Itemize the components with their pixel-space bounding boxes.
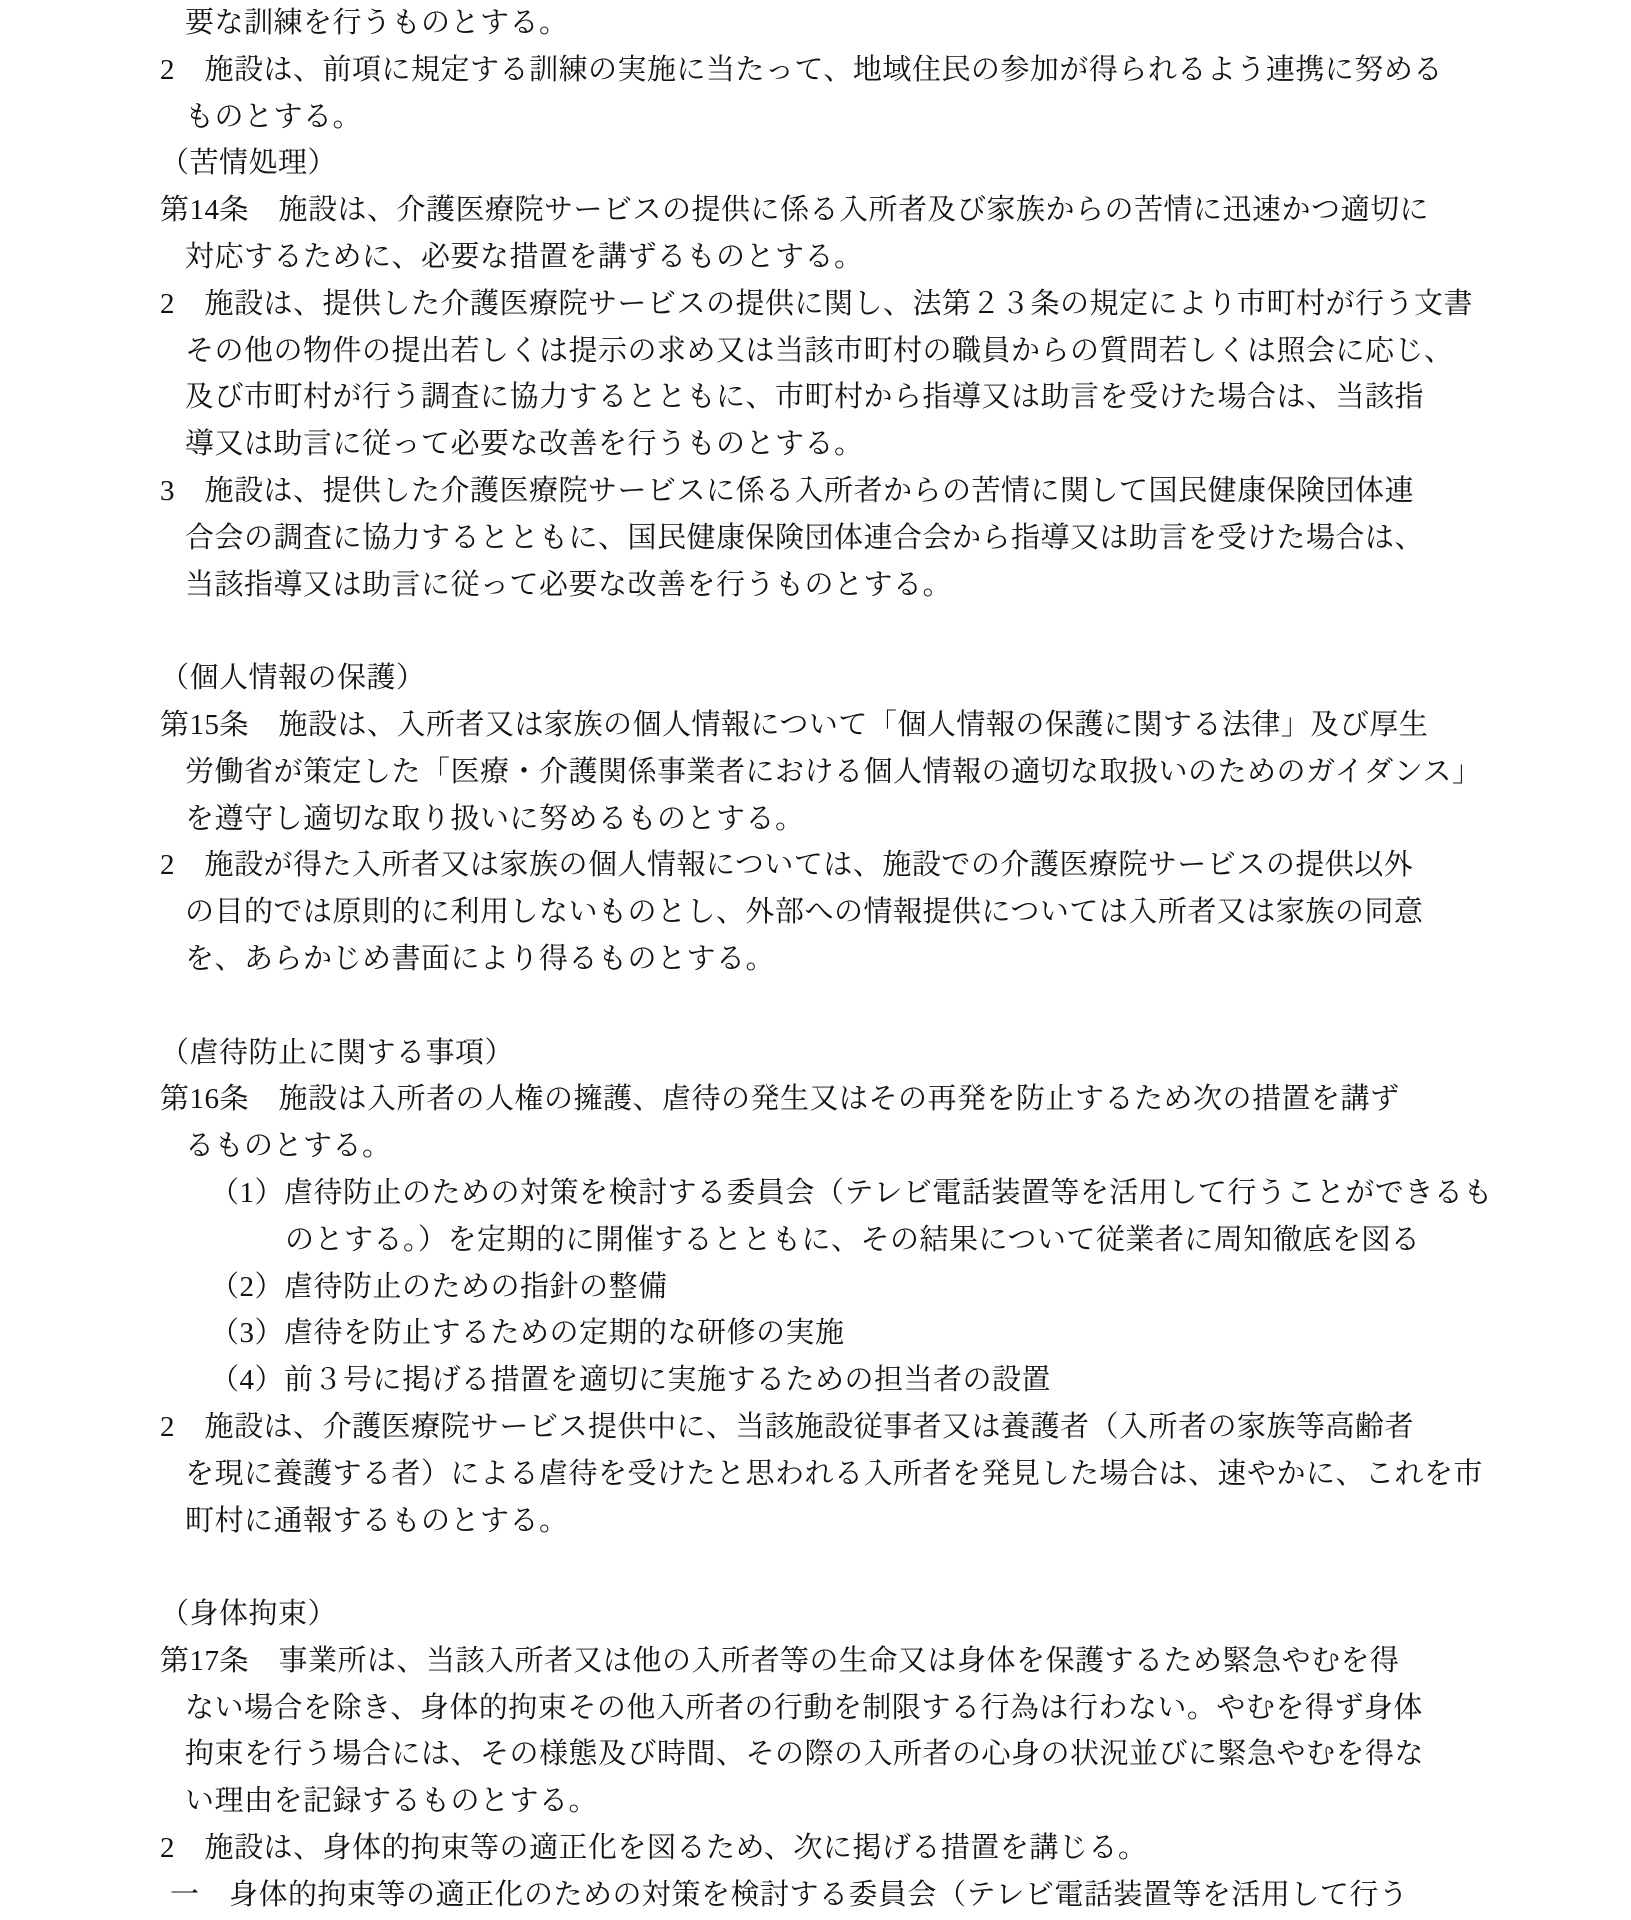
blank-line [0, 983, 1631, 1030]
paragraph-line: ない場合を除き、身体的拘束その他入所者の行動を制限する行為は行わない。やむを得ず… [0, 1685, 1631, 1732]
paragraph-line: の目的では原則的に利用しないものとし、外部への情報提供については入所者又は家族の… [0, 889, 1631, 936]
paragraph-line: るものとする。 [0, 1123, 1631, 1170]
paragraph-line: ものとする。 [0, 94, 1631, 141]
paragraph-line: 対応するために、必要な措置を講ずるものとする。 [0, 234, 1631, 281]
article-first-line: 第15条 施設は、入所者又は家族の個人情報について「個人情報の保護に関する法律」… [0, 702, 1631, 749]
paragraph-line: を、あらかじめ書面により得るものとする。 [0, 936, 1631, 983]
paragraph-line: 合会の調査に協力するとともに、国民健康保険団体連合会から指導又は助言を受けた場合… [0, 515, 1631, 562]
paragraph-line: 当該指導又は助言に従って必要な改善を行うものとする。 [0, 562, 1631, 609]
section-heading: （苦情処理） [0, 140, 1631, 187]
paragraph-line: を現に養護する者）による虐待を受けたと思われる入所者を発見した場合は、速やかに、… [0, 1451, 1631, 1498]
paragraph-line: 労働省が策定した「医療・介護関係事業者における個人情報の適切な取扱いのためのガイ… [0, 749, 1631, 796]
list-item-line: （1）虐待防止のための対策を検討する委員会（テレビ電話装置等を活用して行うことが… [0, 1170, 1631, 1217]
paragraph-line: 3 施設は、提供した介護医療院サービスに係る入所者からの苦情に関して国民健康保険… [0, 468, 1631, 515]
paragraph-line: 及び市町村が行う調査に協力するとともに、市町村から指導又は助言を受けた場合は、当… [0, 374, 1631, 421]
paragraph-line: を遵守し適切な取り扱いに努めるものとする。 [0, 796, 1631, 843]
section-heading: （虐待防止に関する事項） [0, 1030, 1631, 1077]
list-item-line: （4）前３号に掲げる措置を適切に実施するための担当者の設置 [0, 1357, 1631, 1404]
document-page: 要な訓練を行うものとする。 2 施設は、前項に規定する訓練の実施に当たって、地域… [0, 0, 1631, 1920]
list-item-line: （2）虐待防止のための指針の整備 [0, 1264, 1631, 1311]
blank-line [0, 608, 1631, 655]
section-heading: （身体拘束） [0, 1591, 1631, 1638]
paragraph-line: 導又は助言に従って必要な改善を行うものとする。 [0, 421, 1631, 468]
paragraph-line: い理由を記録するものとする。 [0, 1778, 1631, 1825]
list-item-line: （3）虐待を防止するための定期的な研修の実施 [0, 1310, 1631, 1357]
paragraph-line: 2 施設は、提供した介護医療院サービスの提供に関し、法第２３条の規定により市町村… [0, 281, 1631, 328]
article-first-line: 第16条 施設は入所者の人権の擁護、虐待の発生又はその再発を防止するため次の措置… [0, 1076, 1631, 1123]
paragraph-line: 町村に通報するものとする。 [0, 1498, 1631, 1545]
list-item-line: 一 身体的拘束等の適正化のための対策を検討する委員会（テレビ電話装置等を活用して… [0, 1872, 1631, 1919]
paragraph-line: 2 施設は、前項に規定する訓練の実施に当たって、地域住民の参加が得られるよう連携… [0, 47, 1631, 94]
paragraph-line: その他の物件の提出若しくは提示の求め又は当該市町村の職員からの質問若しくは照会に… [0, 328, 1631, 375]
list-item-line: のとする。）を定期的に開催するとともに、その結果について従業者に周知徹底を図る [0, 1217, 1631, 1264]
blank-line [0, 1544, 1631, 1591]
paragraph-line: 2 施設は、介護医療院サービス提供中に、当該施設従事者又は養護者（入所者の家族等… [0, 1404, 1631, 1451]
section-heading: （個人情報の保護） [0, 655, 1631, 702]
article-first-line: 第14条 施設は、介護医療院サービスの提供に係る入所者及び家族からの苦情に迅速か… [0, 187, 1631, 234]
paragraph-line: 拘束を行う場合には、その様態及び時間、その際の入所者の心身の状況並びに緊急やむを… [0, 1731, 1631, 1778]
paragraph-line: 要な訓練を行うものとする。 [0, 0, 1631, 47]
paragraph-line: 2 施設が得た入所者又は家族の個人情報については、施設での介護医療院サービスの提… [0, 842, 1631, 889]
paragraph-line: 2 施設は、身体的拘束等の適正化を図るため、次に掲げる措置を講じる。 [0, 1825, 1631, 1872]
article-first-line: 第17条 事業所は、当該入所者又は他の入所者等の生命又は身体を保護するため緊急や… [0, 1638, 1631, 1685]
